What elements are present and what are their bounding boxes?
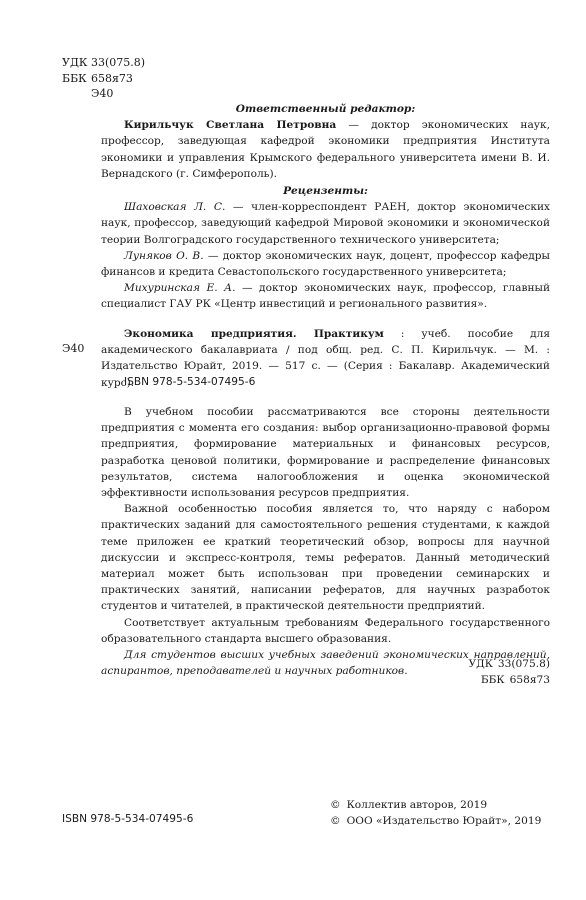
isbn-footer: ISBN 978-5-534-07495-6 [62,813,193,825]
annotation-paragraph: Важной особенностью пособия является то,… [101,501,550,614]
udk-row: УДК 33(075.8) [62,55,145,71]
copyright-block: ©Коллектив авторов, 2019 ©ООО «Издательс… [330,797,541,829]
udk-value: 33(075.8) [498,658,550,670]
copyright-text: ООО «Издательство Юрайт», 2019 [347,815,542,827]
copyright-text: Коллектив авторов, 2019 [347,799,488,811]
classification-block: УДК 33(075.8) ББК 658я73 Э40 [62,55,145,102]
isbn-inline: ISBN 978-5-534-07495-6 [124,376,255,388]
bibliographic-author-sign: Э40 [62,342,84,355]
copyright-line: ©Коллектив авторов, 2019 [330,797,541,813]
bbk-label: ББК [62,71,91,87]
bbk-value: 658я73 [510,674,550,686]
reviewer-item: Михуринская Е. А. — доктор экономических… [101,280,550,312]
annotation: В учебном пособии рассматриваются все ст… [101,404,550,679]
reviewers-section: Рецензенты: Шаховская Л. С. — член-корре… [101,183,550,313]
reviewer-item: Луняков О. В. — доктор экономических нау… [101,248,550,280]
bbk-row-bottom: ББК658я73 [468,673,550,689]
editor-name: Кирильчук Светлана Петровна [124,119,336,131]
editor-section: Ответственный редактор: Кирильчук Светла… [101,101,550,182]
classification-bottom: УДК33(075.8) ББК658я73 [468,657,550,688]
editor-heading: Ответственный редактор: [101,101,550,117]
bbk-row: ББК 658я73 [62,71,145,87]
reviewer-name: Михуринская Е. А. [124,282,235,294]
copyright-icon: © [330,799,341,811]
reviewer-name: Луняков О. В. [124,250,204,262]
reviewers-heading: Рецензенты: [101,183,550,199]
editor-paragraph: Кирильчук Светлана Петровна — доктор эко… [101,117,550,182]
book-title: Экономика предприятия. Практикум [124,328,384,340]
udk-row-bottom: УДК33(075.8) [468,657,550,673]
annotation-paragraph: Соответствует актуальным требованиям Фед… [101,615,550,647]
copyright-line: ©ООО «Издательство Юрайт», 2019 [330,813,541,829]
reviewer-item: Шаховская Л. С. — член-корреспондент РАЕ… [101,199,550,248]
bbk-value: 658я73 [91,71,133,87]
reviewer-name: Шаховская Л. С. [124,201,225,213]
author-sign-row: Э40 [62,86,145,102]
author-sign: Э40 [91,86,113,102]
bbk-label: ББК [481,674,505,686]
annotation-paragraph: В учебном пособии рассматриваются все ст… [101,404,550,501]
copyright-icon: © [330,815,341,827]
udk-label: УДК [468,658,492,670]
udk-label: УДК [62,55,91,71]
udk-value: 33(075.8) [91,55,145,71]
